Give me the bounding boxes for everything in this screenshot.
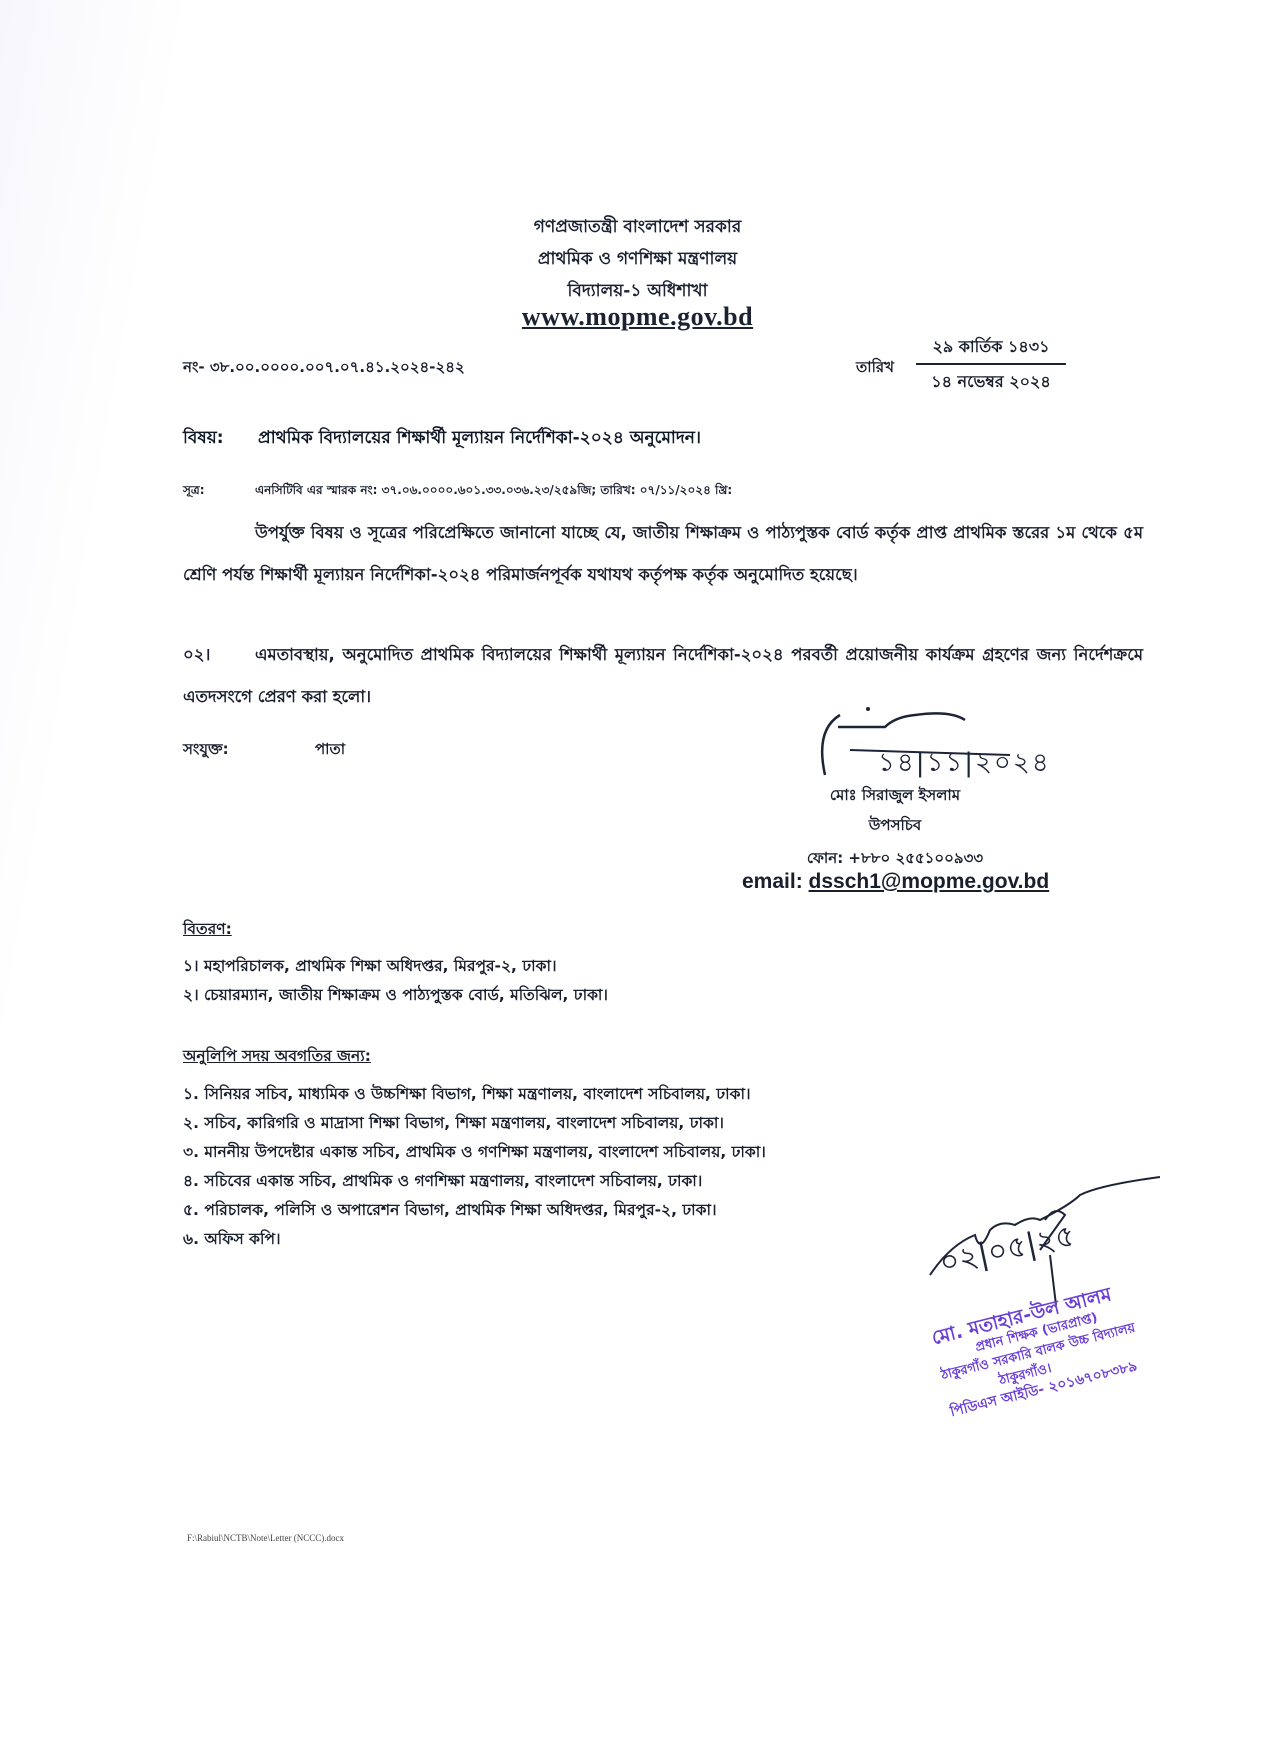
distribution-item: ১। মহাপরিচালক, প্রাথমিক শিক্ষা অধিদপ্তর,… <box>183 952 608 981</box>
signatory-name: মোঃ সিরাজুল ইসলাম <box>785 784 1005 809</box>
website-link[interactable]: www.mopme.gov.bd <box>522 302 753 331</box>
signature-date: ১৪|১১|২০২৪ <box>878 742 1051 786</box>
copies-item: ৫. পরিচালক, পলিসি ও অপারেশন বিভাগ, প্রাথ… <box>183 1196 766 1225</box>
copies-list: ১. সিনিয়র সচিব, মাধ্যমিক ও উচ্চশিক্ষা ব… <box>183 1080 766 1254</box>
date-bangla: ২৯ কার্তিক ১৪৩১ <box>916 334 1066 365</box>
copies-item: ৪. সচিবের একান্ত সচিব, প্রাথমিক ও গণশিক্… <box>183 1167 766 1196</box>
email-link[interactable]: dssch1@mopme.gov.bd <box>809 870 1050 893</box>
reference-text: এনসিটিবি এর স্মারক নং: ৩৭.০৬.০০০০.৬০১.৩৩… <box>255 482 732 502</box>
memo-number: নং- ৩৮.০০.০০০০.০০৭.০৭.৪১.২০২৪-২৪২ <box>183 356 465 381</box>
copies-item: ৬. অফিস কপি। <box>183 1225 766 1254</box>
subject-label: বিষয়: <box>183 425 224 453</box>
date-gregorian: ১৪ নভেম্বর ২০২৪ <box>916 365 1066 396</box>
date-block: ২৯ কার্তিক ১৪৩১ ১৪ নভেম্বর ২০২৪ <box>916 334 1066 396</box>
copies-title: অনুলিপি সদয় অবগতির জন্য: <box>183 1042 371 1071</box>
attachment-label: সংযুক্ত: <box>183 738 229 763</box>
date-label: তারিখ <box>856 356 894 381</box>
scanned-letter-page: গণপ্রজাতন্ত্রী বাংলাদেশ সরকার প্রাথমিক ও… <box>0 0 1275 1755</box>
copies-item: ৩. মাননীয় উপদেষ্টার একান্ত সচিব, প্রাথম… <box>183 1138 766 1167</box>
body-paragraph-1: উপর্যুক্ত বিষয় ও সূত্রের পরিপ্রেক্ষিতে … <box>183 512 1143 596</box>
letterhead-government: গণপ্রজাতন্ত্রী বাংলাদেশ সরকার <box>0 214 1275 242</box>
signatory-phone: ফোন: +৮৮০ ২৫৫১০০৯৩৩ <box>760 847 1030 872</box>
distribution-list: ১। মহাপরিচালক, প্রাথমিক শিক্ষা অধিদপ্তর,… <box>183 952 608 1010</box>
footer-file-path: F:\Rabiul\NCTB\Note\Letter (NCCC).docx <box>187 1533 344 1543</box>
distribution-item: ২। চেয়ারম্যান, জাতীয় শিক্ষাক্রম ও পাঠ্… <box>183 981 608 1010</box>
copies-item: ১. সিনিয়র সচিব, মাধ্যমিক ও উচ্চশিক্ষা ব… <box>183 1080 766 1109</box>
email-label: email: <box>742 870 803 893</box>
attachment-value: পাতা <box>315 738 345 763</box>
copies-item: ২. সচিব, কারিগরি ও মাদ্রাসা শিক্ষা বিভাগ… <box>183 1109 766 1138</box>
reference-label: সূত্র: <box>183 482 205 502</box>
signatory-designation: উপসচিব <box>785 814 1005 839</box>
letterhead-ministry: প্রাথমিক ও গণশিক্ষা মন্ত্রণালয় <box>0 246 1275 274</box>
subject-text: প্রাথমিক বিদ্যালয়ের শিক্ষার্থী মূল্যায়… <box>258 425 701 453</box>
signatory-email-row: email: dssch1@mopme.gov.bd <box>742 870 1049 894</box>
distribution-title: বিতরণ: <box>183 915 232 944</box>
